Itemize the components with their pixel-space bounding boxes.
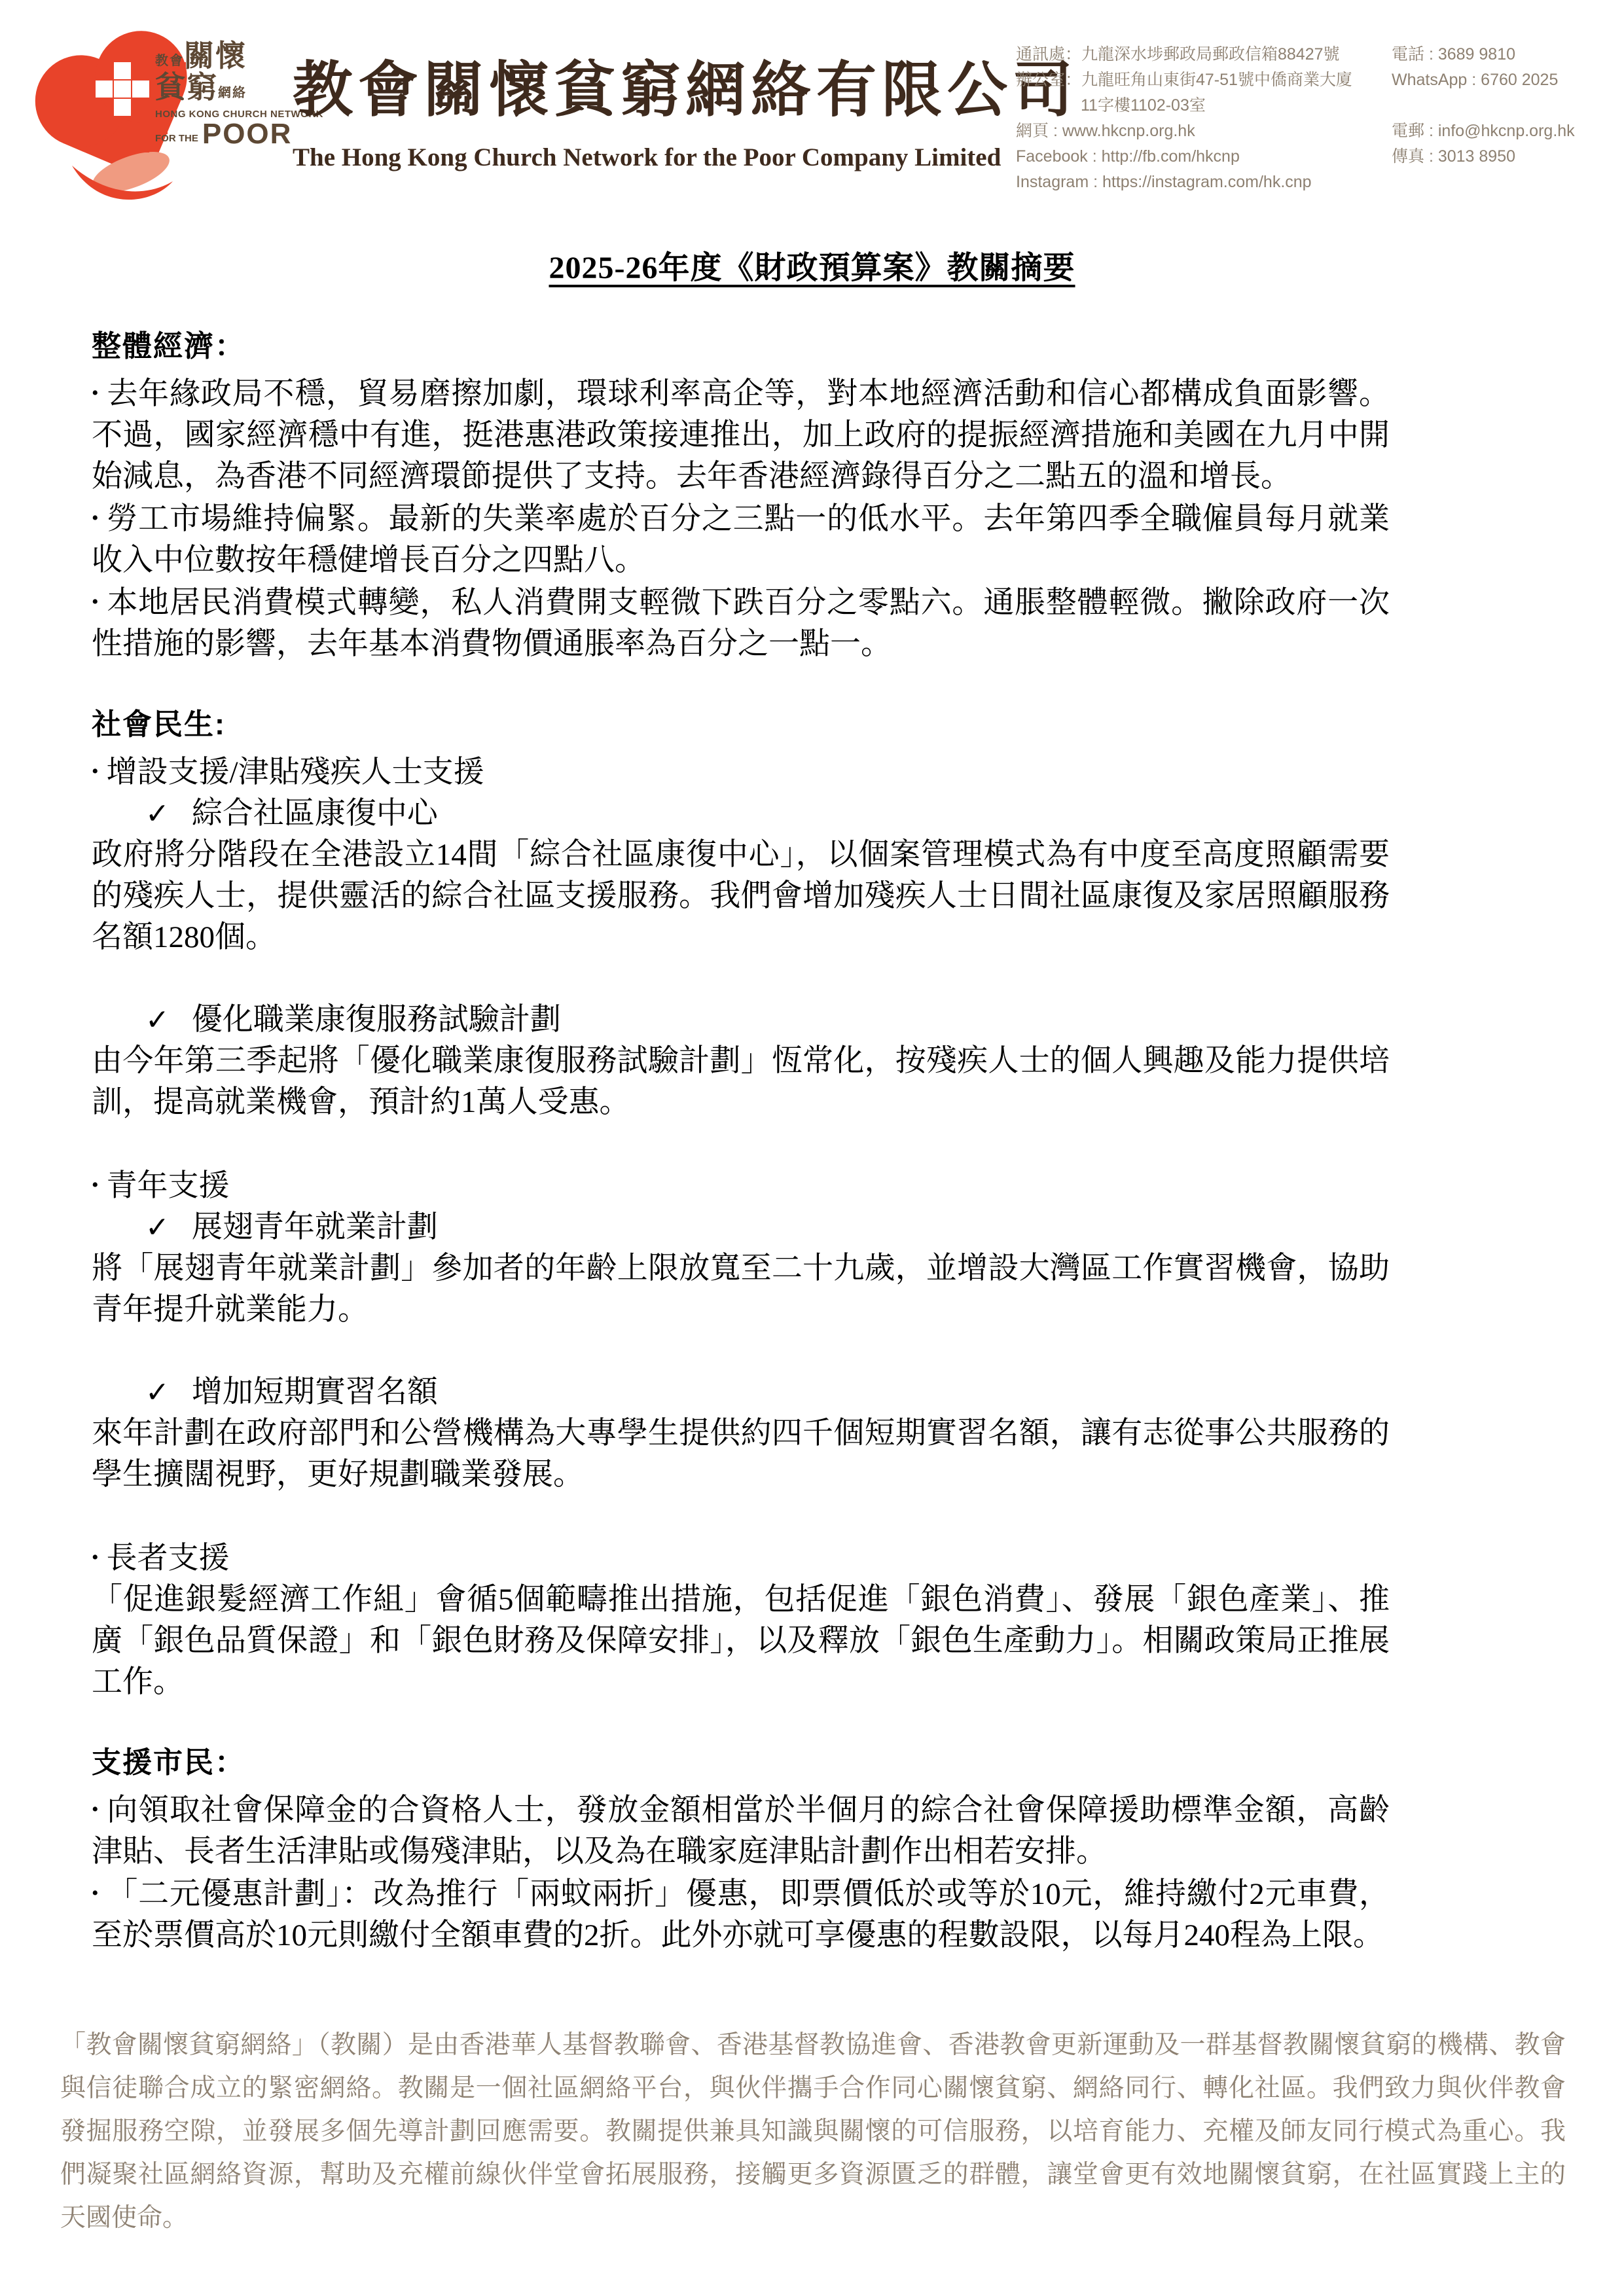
item-text: 來年計劃在政府部門和公營機構為大專學生提供約四千個短期實習名額，讓有志從事公共服…: [92, 1416, 1390, 1492]
logo-zh-big-bottom: 貧窮: [155, 71, 218, 103]
item-text: 向領取社會保障金的合資格人士，發放金額相當於半個月的綜合社會保障援助標準金額，高…: [92, 1793, 1390, 1869]
company-name-block: 教會關懷貧窮網絡有限公司 The Hong Kong Church Networ…: [293, 42, 1078, 172]
bullet-item: •勞工市場維持偏緊。最新的失業率處於百分之三點一的低水平。去年第四季全職僱員每月…: [92, 497, 1390, 581]
item-text: 優化職業康復服務試驗計劃: [192, 1003, 561, 1037]
document-title: 2025-26年度《財政預算案》教關摘要: [0, 242, 1624, 287]
bullet-item: •本地居民消費模式轉變，私人消費開支輕微下跌百分之零點六。通脹整體輕微。撇除政府…: [92, 581, 1390, 665]
contact-line: 電郵 : info@hkcnp.org.hk: [1392, 118, 1622, 144]
checkmark-icon: ✓: [145, 1211, 170, 1244]
check-item: ✓優化職業康復服務試驗計劃: [92, 999, 1390, 1041]
check-item: ✓增加短期實習名額: [92, 1372, 1390, 1413]
body-sections: 整體經濟：•去年緣政局不穩，貿易磨擦加劇，環球利率高企等，對本地經濟活動和信心都…: [92, 322, 1390, 1956]
spacer: [92, 1331, 1390, 1372]
item-text: 去年緣政局不穩，貿易磨擦加劇，環球利率高企等，對本地經濟活動和信心都構成負面影響…: [92, 377, 1390, 493]
check-item: ✓綜合社區康復中心: [92, 793, 1390, 834]
bullet-icon: •: [92, 591, 99, 613]
contact-line: 辦公室：九龍旺角山東街47-51號中僑商業大廈: [1016, 67, 1389, 93]
item-text: 「促進銀髮經濟工作組」會循5個範疇推出措施，包括促進「銀色消費」、發展「銀色產業…: [92, 1583, 1390, 1699]
bullet-item: •增設支援/津貼殘疾人士支援: [92, 751, 1390, 793]
contact-line: 11字樓1102-03室: [1016, 93, 1389, 118]
bullet-item: •去年緣政局不穩，貿易磨擦加劇，環球利率高企等，對本地經濟活動和信心都構成負面影…: [92, 372, 1390, 497]
paragraph: 來年計劃在政府部門和公營機構為大專學生提供約四千個短期實習名額，讓有志從事公共服…: [92, 1413, 1390, 1496]
logo-wordmark-row2: 貧窮 網絡: [155, 71, 293, 103]
contact-line: 傳真 : 3013 8950: [1392, 144, 1622, 170]
check-item: ✓展翅青年就業計劃: [92, 1207, 1390, 1248]
spacer: [92, 1123, 1390, 1164]
contact-info-secondary: 電話 : 3689 9810WhatsApp : 6760 2025 電郵 : …: [1392, 42, 1622, 170]
logo-wordmark-row1: 教會 關懷: [155, 40, 293, 71]
paragraph: 由今年第三季起將「優化職業康復服務試驗計劃」恆常化，按殘疾人士的個人興趣及能力提…: [92, 1041, 1390, 1123]
paragraph: 政府將分階段在全港設立14間「綜合社區康復中心」，以個案管理模式為有中度至高度照…: [92, 834, 1390, 958]
bullet-icon: •: [92, 1799, 99, 1820]
item-text: 長者支援: [107, 1541, 230, 1575]
logo-wordmark: 教會 關懷 貧窮 網絡 HONG KONG CHURCH NETWORK FOR…: [155, 40, 293, 147]
bullet-item: •青年支援: [92, 1164, 1390, 1207]
item-text: 青年支援: [107, 1169, 230, 1203]
checkmark-icon: ✓: [145, 1376, 170, 1408]
contact-line: 網頁 : www.hkcnp.org.hk: [1016, 118, 1389, 144]
contact-line: Instagram : https://instagram.com/hk.cnp: [1016, 170, 1389, 195]
bullet-icon: •: [92, 382, 99, 404]
contact-line: Facebook : http://fb.com/hkcnp: [1016, 144, 1389, 170]
item-text: 增設支援/津貼殘疾人士支援: [107, 755, 484, 789]
bullet-icon: •: [92, 1174, 99, 1196]
item-text: 本地居民消費模式轉變，私人消費開支輕微下跌百分之零點六。通脹整體輕微。撇除政府一…: [92, 586, 1390, 661]
logo-zh-big-top: 關懷: [184, 40, 247, 71]
contact-line: WhatsApp : 6760 2025: [1392, 67, 1622, 93]
item-text: 由今年第三季起將「優化職業康復服務試驗計劃」恆常化，按殘疾人士的個人興趣及能力提…: [92, 1044, 1390, 1119]
bullet-item: •長者支援: [92, 1537, 1390, 1579]
bullet-item: •「二元優惠計劃」：改為推行「兩蚊兩折」優惠，即票價低於或等於10元，維持繳付2…: [92, 1873, 1390, 1956]
bullet-icon: •: [92, 1882, 99, 1904]
spacer: [92, 958, 1390, 999]
company-name-zh: 教會關懷貧窮網絡有限公司: [293, 42, 1078, 128]
item-text: 「二元優惠計劃」：改為推行「兩蚊兩折」優惠，即票價低於或等於10元，維持繳付2元…: [92, 1877, 1390, 1952]
section-heading: 支援市民：: [92, 1738, 1390, 1781]
content-section: 支援市民：•向領取社會保障金的合資格人士，發放金額相當於半個月的綜合社會保障援助…: [92, 1738, 1390, 1956]
bullet-icon: •: [92, 507, 99, 529]
content-section: 社會民生:•增設支援/津貼殘疾人士支援✓綜合社區康復中心政府將分階段在全港設立1…: [92, 700, 1390, 1703]
contact-line: 通訊處：九龍深水埗郵政局郵政信箱88427號: [1016, 42, 1389, 67]
logo-en-line2: FOR THE POOR: [155, 121, 293, 147]
item-text: 勞工市場維持偏緊。最新的失業率處於百分之三點一的低水平。去年第四季全職僱員每月就…: [92, 502, 1390, 577]
logo-en-poor: POOR: [202, 121, 293, 147]
checkmark-icon: ✓: [145, 1004, 170, 1036]
logo-en-for-the: FOR THE: [155, 133, 198, 147]
paragraph: 「促進銀髮經濟工作組」會循5個範疇推出措施，包括促進「銀色消費」、發展「銀色產業…: [92, 1579, 1390, 1703]
spacer: [92, 1496, 1390, 1537]
section-heading: 整體經濟：: [92, 322, 1390, 365]
bullet-icon: •: [92, 1547, 99, 1568]
footer-about-text: 「教會關懷貧窮網絡」（教關）是由香港華人基督教聯會、香港基督教協進會、香港教會更…: [60, 2024, 1566, 2240]
item-text: 增加短期實習名額: [192, 1375, 438, 1409]
contact-line: [1392, 93, 1622, 118]
bullet-item: •向領取社會保障金的合資格人士，發放金額相當於半個月的綜合社會保障援助標準金額，…: [92, 1789, 1390, 1873]
bullet-icon: •: [92, 761, 99, 782]
company-name-en: The Hong Kong Church Network for the Poo…: [293, 143, 1078, 172]
content-section: 整體經濟：•去年緣政局不穩，貿易磨擦加劇，環球利率高企等，對本地經濟活動和信心都…: [92, 322, 1390, 665]
item-text: 將「展翅青年就業計劃」參加者的年齡上限放寬至二十九歲，並增設大灣區工作實習機會，…: [92, 1251, 1390, 1327]
logo-zh-small-top: 教會: [155, 54, 184, 71]
item-text: 政府將分階段在全港設立14間「綜合社區康復中心」，以個案管理模式為有中度至高度照…: [92, 838, 1390, 954]
item-text: 綜合社區康復中心: [192, 797, 438, 831]
contact-info-primary: 通訊處：九龍深水埗郵政局郵政信箱88427號辦公室：九龍旺角山東街47-51號中…: [1016, 42, 1389, 195]
contact-line: 電話 : 3689 9810: [1392, 42, 1622, 67]
paragraph: 將「展翅青年就業計劃」參加者的年齡上限放寬至二十九歲，並增設大灣區工作實習機會，…: [92, 1248, 1390, 1331]
item-text: 展翅青年就業計劃: [192, 1210, 438, 1244]
checkmark-icon: ✓: [145, 798, 170, 830]
org-logo: 教會 關懷 貧窮 網絡 HONG KONG CHURCH NETWORK FOR…: [34, 23, 289, 206]
letterhead: 教會 關懷 貧窮 網絡 HONG KONG CHURCH NETWORK FOR…: [0, 0, 1624, 216]
section-heading: 社會民生:: [92, 700, 1390, 743]
logo-zh-small-bottom: 網絡: [218, 86, 247, 103]
